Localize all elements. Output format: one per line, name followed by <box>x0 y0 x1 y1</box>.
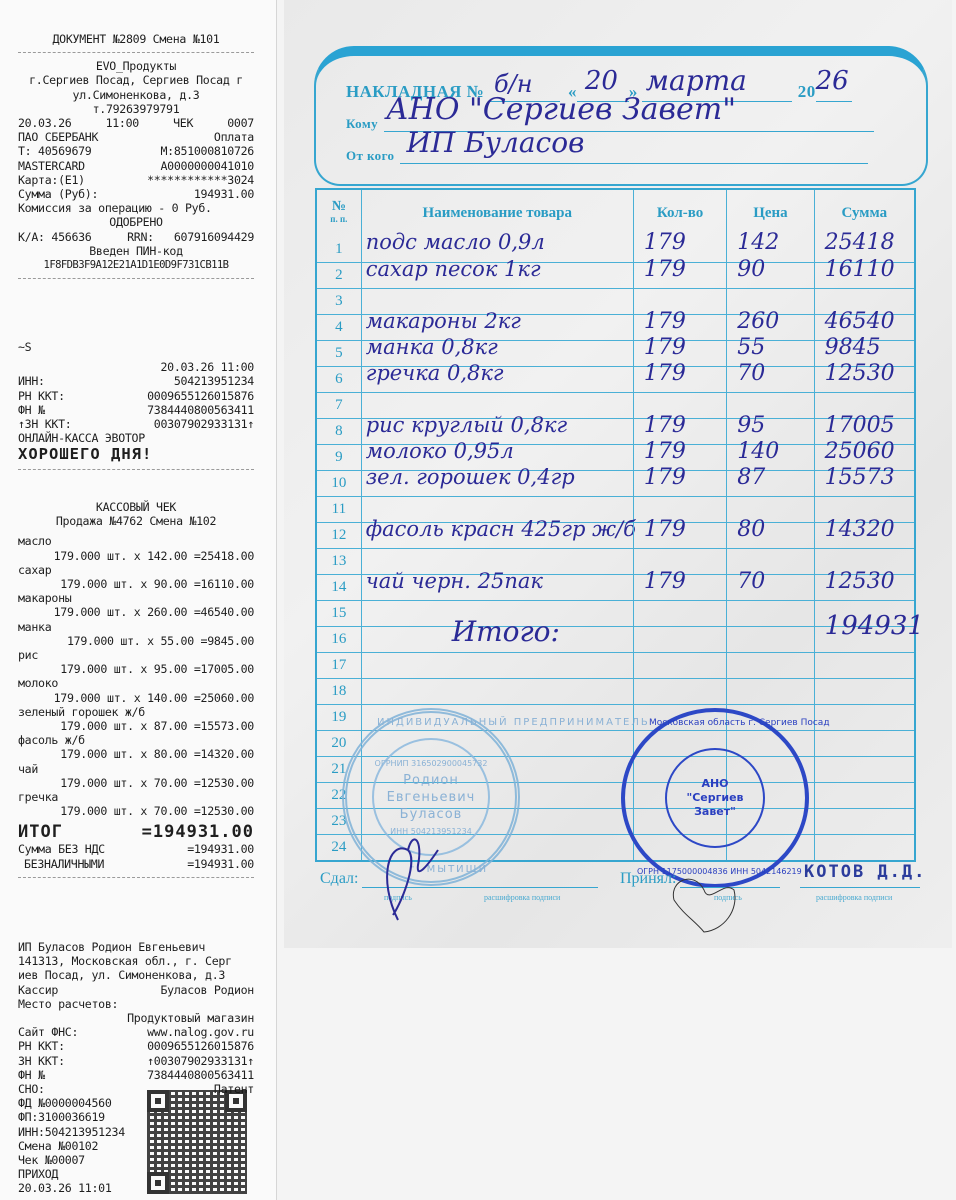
fn-label: ФН № <box>18 403 45 417</box>
row-name: подс масло 0,9л <box>366 230 545 254</box>
row-number: 18 <box>317 679 361 704</box>
row-price-cell: 87 <box>726 471 813 496</box>
fn: 7384440800563411 <box>147 403 254 417</box>
handed-signature <box>368 820 448 930</box>
row-sum: 15573 <box>825 465 895 490</box>
pin-entered: Введен ПИН-код <box>18 244 254 258</box>
zn: 00307902933131↑ <box>154 417 254 431</box>
inn-label: ИНН: <box>18 374 45 388</box>
col-num-sub: п. п. <box>330 213 347 226</box>
row-name: гречка 0,8кг <box>366 361 504 385</box>
merchant: М:851000810726 <box>160 144 254 158</box>
site-label: Сайт ФНС: <box>18 1025 78 1039</box>
row-sum: 9845 <box>825 335 881 360</box>
zn-label: ↑ЗН ККТ: <box>18 417 71 431</box>
fn: 7384440800563411 <box>147 1068 254 1082</box>
site: www.nalog.gov.ru <box>147 1025 254 1039</box>
col-num: №п. п. <box>317 190 361 236</box>
sum-label: Сумма (Руб): <box>18 187 98 201</box>
row-number: 16 <box>317 627 361 652</box>
seller: ИП Буласов Родион Евгеньевич <box>18 940 254 954</box>
item-line: 179.000 шт. x 87.00 =15573.00 <box>18 719 254 733</box>
slip-time: 11:00 <box>106 116 139 130</box>
no-vat-row: Сумма БЕЗ НДС=194931.00 <box>18 842 254 856</box>
zn-label: ЗН ККТ: <box>18 1054 65 1068</box>
auth-row: К/А: 456636 RRN: 607916094429 <box>18 230 254 244</box>
divider <box>18 278 254 279</box>
row-name: макароны 2кг <box>366 309 521 333</box>
row-qty-cell <box>633 627 726 652</box>
row-qty-cell: 179 <box>633 575 726 600</box>
no-vat-value: =194931.00 <box>187 842 254 856</box>
card-slip: ДОКУМЕНТ №2809 Смена №101 EVO_Продукты г… <box>18 30 254 285</box>
place: Продуктовый магазин <box>18 1011 254 1025</box>
table-row: 18 <box>317 678 914 704</box>
fiscal-top: ~S 20.03.26 11:00 ИНН:504213951234 РН КК… <box>18 340 254 476</box>
check-item: масло179.000 шт. x 142.00 =25418.00 <box>18 534 254 562</box>
check-item: гречка179.000 шт. x 70.00 =12530.00 <box>18 790 254 818</box>
row-qty: 179 <box>644 413 686 438</box>
fn-label: ФН № <box>18 1068 45 1082</box>
cashier: Буласов Родион <box>160 983 254 997</box>
row-name: зел. горошек 0,4гр <box>366 465 575 489</box>
row-name: рис круглый 0,8кг <box>366 413 567 437</box>
row-sum: 12530 <box>825 569 895 594</box>
row-name-cell: чай черн. 25пак <box>361 575 633 600</box>
row-price: 260 <box>737 309 779 334</box>
row-sum-cell: 16110 <box>814 263 914 288</box>
hash: 1F8FDB3F9A12E21A1D1E0D9F731CB11B <box>18 258 254 272</box>
mark: ~S <box>18 340 254 354</box>
total-label: ИТОГ <box>18 822 63 842</box>
row-number: 7 <box>317 393 361 418</box>
row-name-cell: фасоль красн 425гр ж/б <box>361 523 633 548</box>
row-price: 87 <box>737 465 765 490</box>
item-name: масло <box>18 534 254 548</box>
table-row: 10зел. горошек 0,4гр1798715573 <box>317 470 914 496</box>
card-label: Карта:(E1) <box>18 173 85 187</box>
row-sum: 194931 <box>825 611 924 641</box>
check-items: масло179.000 шт. x 142.00 =25418.00 саха… <box>18 534 254 818</box>
row-sum: 14320 <box>825 517 895 542</box>
row-number: 19 <box>317 705 361 730</box>
table-row: 14чай черн. 25пак1797012530 <box>317 574 914 600</box>
fiscal-datetime: 20.03.26 11:00 <box>18 360 254 374</box>
fn-row: ФН №7384440800563411 <box>18 403 254 417</box>
row-number: 1 <box>317 236 361 262</box>
item-line: 179.000 шт. x 140.00 =25060.00 <box>18 691 254 705</box>
item-name: макароны <box>18 591 254 605</box>
row-qty-cell <box>633 679 726 704</box>
row-sum: 25418 <box>825 230 895 255</box>
row-name: молоко 0,95л <box>366 439 514 463</box>
store-address-2: ул.Симоненкова, д.3 <box>18 88 254 102</box>
check-item: рис179.000 шт. x 95.00 =17005.00 <box>18 648 254 676</box>
slip-date: 20.03.26 <box>18 116 71 130</box>
store-address-1: г.Сергиев Посад, Сергиев Посад г <box>18 73 254 87</box>
row-number: 17 <box>317 653 361 678</box>
row-sum-cell <box>814 809 914 834</box>
divider <box>18 877 254 878</box>
row-sum-cell: 15573 <box>814 471 914 496</box>
row-price-cell <box>726 601 813 626</box>
approved: ОДОБРЕНО <box>18 215 254 229</box>
operation: Оплата <box>214 130 254 144</box>
row-qty: 179 <box>644 309 686 334</box>
kassa-brand: ОНЛАЙН-КАССА ЭВОТОР <box>18 431 254 445</box>
row-sum: 12530 <box>825 361 895 386</box>
check-no: 0007 <box>227 116 254 130</box>
row-qty: 179 <box>644 465 686 490</box>
sender-row: От кого ИП Буласов <box>346 148 868 164</box>
table-row: 2сахар песок 1кг1799016110 <box>317 262 914 288</box>
zn-row: ЗН ККТ:↑00307902933131↑ <box>18 1054 254 1068</box>
row-number: 14 <box>317 575 361 600</box>
qr-finder <box>147 1090 169 1112</box>
row-number: 6 <box>317 367 361 392</box>
row-number: 9 <box>317 445 361 470</box>
ip-stamp-ogrnip: ОГРНИП 316502900045732 <box>375 755 488 772</box>
sum-value: 194931.00 <box>194 187 254 201</box>
row-number: 8 <box>317 419 361 444</box>
check-label: ЧЕК <box>173 116 193 130</box>
row-price: 95 <box>737 413 765 438</box>
row-price: 70 <box>737 569 765 594</box>
rn-label: РН ККТ: <box>18 1039 65 1053</box>
row-name: сахар песок 1кг <box>366 257 541 281</box>
table-row: 16Итого:194931 <box>317 626 914 652</box>
item-name: фасоль ж/б <box>18 733 254 747</box>
row-price: 55 <box>737 335 765 360</box>
row-sum-cell <box>814 731 914 756</box>
row-sum-cell <box>814 835 914 860</box>
item-line: 179.000 шт. x 142.00 =25418.00 <box>18 549 254 563</box>
item-line: 179.000 шт. x 80.00 =14320.00 <box>18 747 254 761</box>
year-field: 26 <box>816 86 852 102</box>
item-line: 179.000 шт. x 90.00 =16110.00 <box>18 577 254 591</box>
zn: ↑00307902933131↑ <box>147 1054 254 1068</box>
rn: 0009655126015876 <box>147 389 254 403</box>
row-qty: 179 <box>644 257 686 282</box>
cash-receipt: ДОКУМЕНТ №2809 Смена №101 EVO_Продукты г… <box>0 0 277 1200</box>
rrn: RRN: 607916094429 <box>127 230 254 244</box>
table-row: 12фасоль красн 425гр ж/б1798014320 <box>317 522 914 548</box>
item-line: 179.000 шт. x 70.00 =12530.00 <box>18 776 254 790</box>
row-qty-cell: 179 <box>633 471 726 496</box>
to-label: Кому <box>346 116 378 132</box>
row-price-cell: 90 <box>726 263 813 288</box>
from-label: От кого <box>346 148 394 164</box>
row-sum-cell <box>814 679 914 704</box>
bank-row: ПАО СБЕРБАНК Оплата <box>18 130 254 144</box>
row-number: 15 <box>317 601 361 626</box>
row-qty: 179 <box>644 361 686 386</box>
year-prefix: 20 <box>798 82 816 102</box>
received-signature <box>664 860 754 940</box>
ano-stamp-center2: "Сергиев Завет" <box>667 791 763 819</box>
terminal-row: Т: 40569679 М:851000810726 <box>18 144 254 158</box>
row-number: 3 <box>317 289 361 314</box>
sum-row: Сумма (Руб): 194931.00 <box>18 187 254 201</box>
row-name-cell <box>361 679 633 704</box>
handed-decode-caption: расшифровка подписи <box>484 893 560 902</box>
ano-stamp-ring-outer: Московская область г. Сергиев Посад <box>649 718 830 728</box>
invoice-form: НАКЛАДНАЯ № б/н « 20 » марта 20 26 Кому … <box>284 0 952 948</box>
auth-code: К/А: 456636 <box>18 230 91 244</box>
row-number: 4 <box>317 315 361 340</box>
row-qty: 179 <box>644 439 686 464</box>
divider <box>18 52 254 53</box>
row-qty-cell: 179 <box>633 523 726 548</box>
rn: 0009655126015876 <box>147 1039 254 1053</box>
row-price-cell <box>726 679 813 704</box>
row-qty-cell <box>633 653 726 678</box>
handed-label: Сдал: <box>320 870 358 888</box>
cashless-value: =194931.00 <box>187 857 254 871</box>
row-name-cell: гречка 0,8кг <box>361 367 633 392</box>
row-sum: 16110 <box>825 257 895 282</box>
commission: Комиссия за операцию - 0 Руб. <box>18 201 254 215</box>
row-number: 2 <box>317 263 361 288</box>
table-row: 6гречка 0,8кг1797012530 <box>317 366 914 392</box>
row-sum: 46540 <box>825 309 895 334</box>
inn: 504213951234 <box>174 374 254 388</box>
card-type: MASTERCARD <box>18 159 85 173</box>
item-name: чай <box>18 762 254 776</box>
row-name-cell: Итого: <box>361 627 633 652</box>
zn-row: ↑ЗН ККТ:00307902933131↑ <box>18 417 254 431</box>
bank: ПАО СБЕРБАНК <box>18 130 98 144</box>
col-num-label: № <box>332 200 346 213</box>
row-price: 80 <box>737 517 765 542</box>
recipient: АНО "Сергиев Завет" <box>386 92 736 127</box>
row-sum: 17005 <box>825 413 895 438</box>
received-decode-caption: расшифровка подписи <box>816 893 892 902</box>
row-name: Итого: <box>452 615 560 648</box>
aid: A0000000041010 <box>160 159 254 173</box>
item-line: 179.000 шт. x 260.00 =46540.00 <box>18 605 254 619</box>
cashier-row: КассирБуласов Родион <box>18 983 254 997</box>
item-line: 179.000 шт. x 55.00 =9845.00 <box>18 634 254 648</box>
check-item: молоко179.000 шт. x 140.00 =25060.00 <box>18 676 254 704</box>
site-row: Сайт ФНС:www.nalog.gov.ru <box>18 1025 254 1039</box>
check-item: сахар179.000 шт. x 90.00 =16110.00 <box>18 563 254 591</box>
row-qty: 179 <box>644 230 686 255</box>
doc-header: ДОКУМЕНТ №2809 Смена №101 <box>18 32 254 46</box>
sender: ИП Буласов <box>406 126 584 159</box>
row-name: манка 0,8кг <box>366 335 498 359</box>
seller-addr-1: 141313, Московская обл., г. Серг <box>18 954 254 968</box>
divider <box>18 469 254 470</box>
cashier-label: Кассир <box>18 983 58 997</box>
seller-addr-2: иев Посад, ул. Симоненкова, д.3 <box>18 968 254 982</box>
item-name: рис <box>18 648 254 662</box>
check-subtitle: Продажа №4762 Смена №102 <box>18 514 254 528</box>
item-name: сахар <box>18 563 254 577</box>
row-number: 12 <box>317 523 361 548</box>
rn-row: РН ККТ:0009655126015876 <box>18 1039 254 1053</box>
qr-finder <box>225 1090 247 1112</box>
fn-row: ФН №7384440800563411 <box>18 1068 254 1082</box>
invoice-year: 26 <box>816 66 849 96</box>
terminal: Т: 40569679 <box>18 144 91 158</box>
row-qty: 179 <box>644 517 686 542</box>
date-row: 20.03.26 11:00 ЧЕК 0007 <box>18 116 254 130</box>
row-qty-cell: 179 <box>633 263 726 288</box>
item-line: 179.000 шт. x 70.00 =12530.00 <box>18 804 254 818</box>
item-name: манка <box>18 620 254 634</box>
row-qty: 179 <box>644 569 686 594</box>
check-item: чай179.000 шт. x 70.00 =12530.00 <box>18 762 254 790</box>
card-mask: ************3024 <box>147 173 254 187</box>
handed-row: Сдал: <box>320 870 598 888</box>
check-item: макароны179.000 шт. x 260.00 =46540.00 <box>18 591 254 619</box>
ip-stamp-name2: Евгеньевич <box>387 789 476 806</box>
row-sum-cell: 194931 <box>814 627 914 652</box>
row-price-cell: 80 <box>726 523 813 548</box>
check-item: манка179.000 шт. x 55.00 =9845.00 <box>18 620 254 648</box>
no-vat-label: Сумма БЕЗ НДС <box>18 842 105 856</box>
rn-label: РН ККТ: <box>18 389 65 403</box>
row-sum-cell: 14320 <box>814 523 914 548</box>
row-price: 140 <box>737 439 779 464</box>
cash-check: КАССОВЫЙ ЧЕК Продажа №4762 Смена №102 ма… <box>18 500 254 884</box>
row-price: 70 <box>737 361 765 386</box>
row-price-cell <box>726 627 813 652</box>
rn-row: РН ККТ:0009655126015876 <box>18 389 254 403</box>
total-value: =194931.00 <box>142 822 254 842</box>
qr-code <box>147 1090 247 1194</box>
row-price: 142 <box>737 230 779 255</box>
row-price-cell: 70 <box>726 575 813 600</box>
row-price: 90 <box>737 257 765 282</box>
row-name-cell: сахар песок 1кг <box>361 263 633 288</box>
row-sum-cell <box>814 653 914 678</box>
ip-stamp-ring: ИНДИВИДУАЛЬНЫЙ ПРЕДПРИНИМАТЕЛЬ <box>377 717 650 728</box>
total-row: ИТОГ =194931.00 <box>18 822 254 842</box>
row-name: чай черн. 25пак <box>366 569 543 593</box>
item-line: 179.000 шт. x 95.00 =17005.00 <box>18 662 254 676</box>
row-price-cell <box>726 653 813 678</box>
row-name: фасоль красн 425гр ж/б <box>366 517 636 541</box>
row-number: 5 <box>317 341 361 366</box>
from-field: ИП Буласов <box>400 148 868 164</box>
store-name: EVO_Продукты <box>18 59 254 73</box>
ano-stamp-center1: АНО <box>701 777 728 791</box>
row-name-cell: зел. горошек 0,4гр <box>361 471 633 496</box>
row-number: 10 <box>317 471 361 496</box>
table-row: 17 <box>317 652 914 678</box>
sno-label: СНО: <box>18 1082 45 1096</box>
ano-stamp-inner: АНО "Сергиев Завет" <box>665 748 765 848</box>
cashless-label: БЕЗНАЛИЧНЫМИ <box>18 857 104 871</box>
row-number: 13 <box>317 549 361 574</box>
card-row: Карта:(E1) ************3024 <box>18 173 254 187</box>
check-title: КАССОВЫЙ ЧЕК <box>18 500 254 514</box>
qr-finder <box>147 1172 169 1194</box>
row-sum-cell: 12530 <box>814 575 914 600</box>
inn-row: ИНН:504213951234 <box>18 374 254 388</box>
row-sum-cell: 12530 <box>814 367 914 392</box>
row-sum-cell <box>814 757 914 782</box>
row-number: 11 <box>317 497 361 522</box>
cashless-row: БЕЗНАЛИЧНЫМИ=194931.00 <box>18 857 254 871</box>
ip-stamp-name1: Родион <box>403 772 459 789</box>
row-qty: 179 <box>644 335 686 360</box>
check-item: зеленый горошек ж/б179.000 шт. x 87.00 =… <box>18 705 254 733</box>
row-qty-cell <box>633 601 726 626</box>
row-sum: 25060 <box>825 439 895 464</box>
row-price-cell: 70 <box>726 367 813 392</box>
row-name-cell <box>361 653 633 678</box>
check-item: фасоль ж/б179.000 шт. x 80.00 =14320.00 <box>18 733 254 761</box>
card-type-row: MASTERCARD A0000000041010 <box>18 159 254 173</box>
item-name: гречка <box>18 790 254 804</box>
store-phone: т.79263979791 <box>18 102 254 116</box>
row-sum-cell <box>814 783 914 808</box>
item-name: молоко <box>18 676 254 690</box>
place-label: Место расчетов: <box>18 997 254 1011</box>
row-qty-cell: 179 <box>633 367 726 392</box>
greeting: ХОРОШЕГО ДНЯ! <box>18 445 254 463</box>
receiver-name-stamp: КОТОВ Д.Д. <box>804 862 926 882</box>
item-name: зеленый горошек ж/б <box>18 705 254 719</box>
